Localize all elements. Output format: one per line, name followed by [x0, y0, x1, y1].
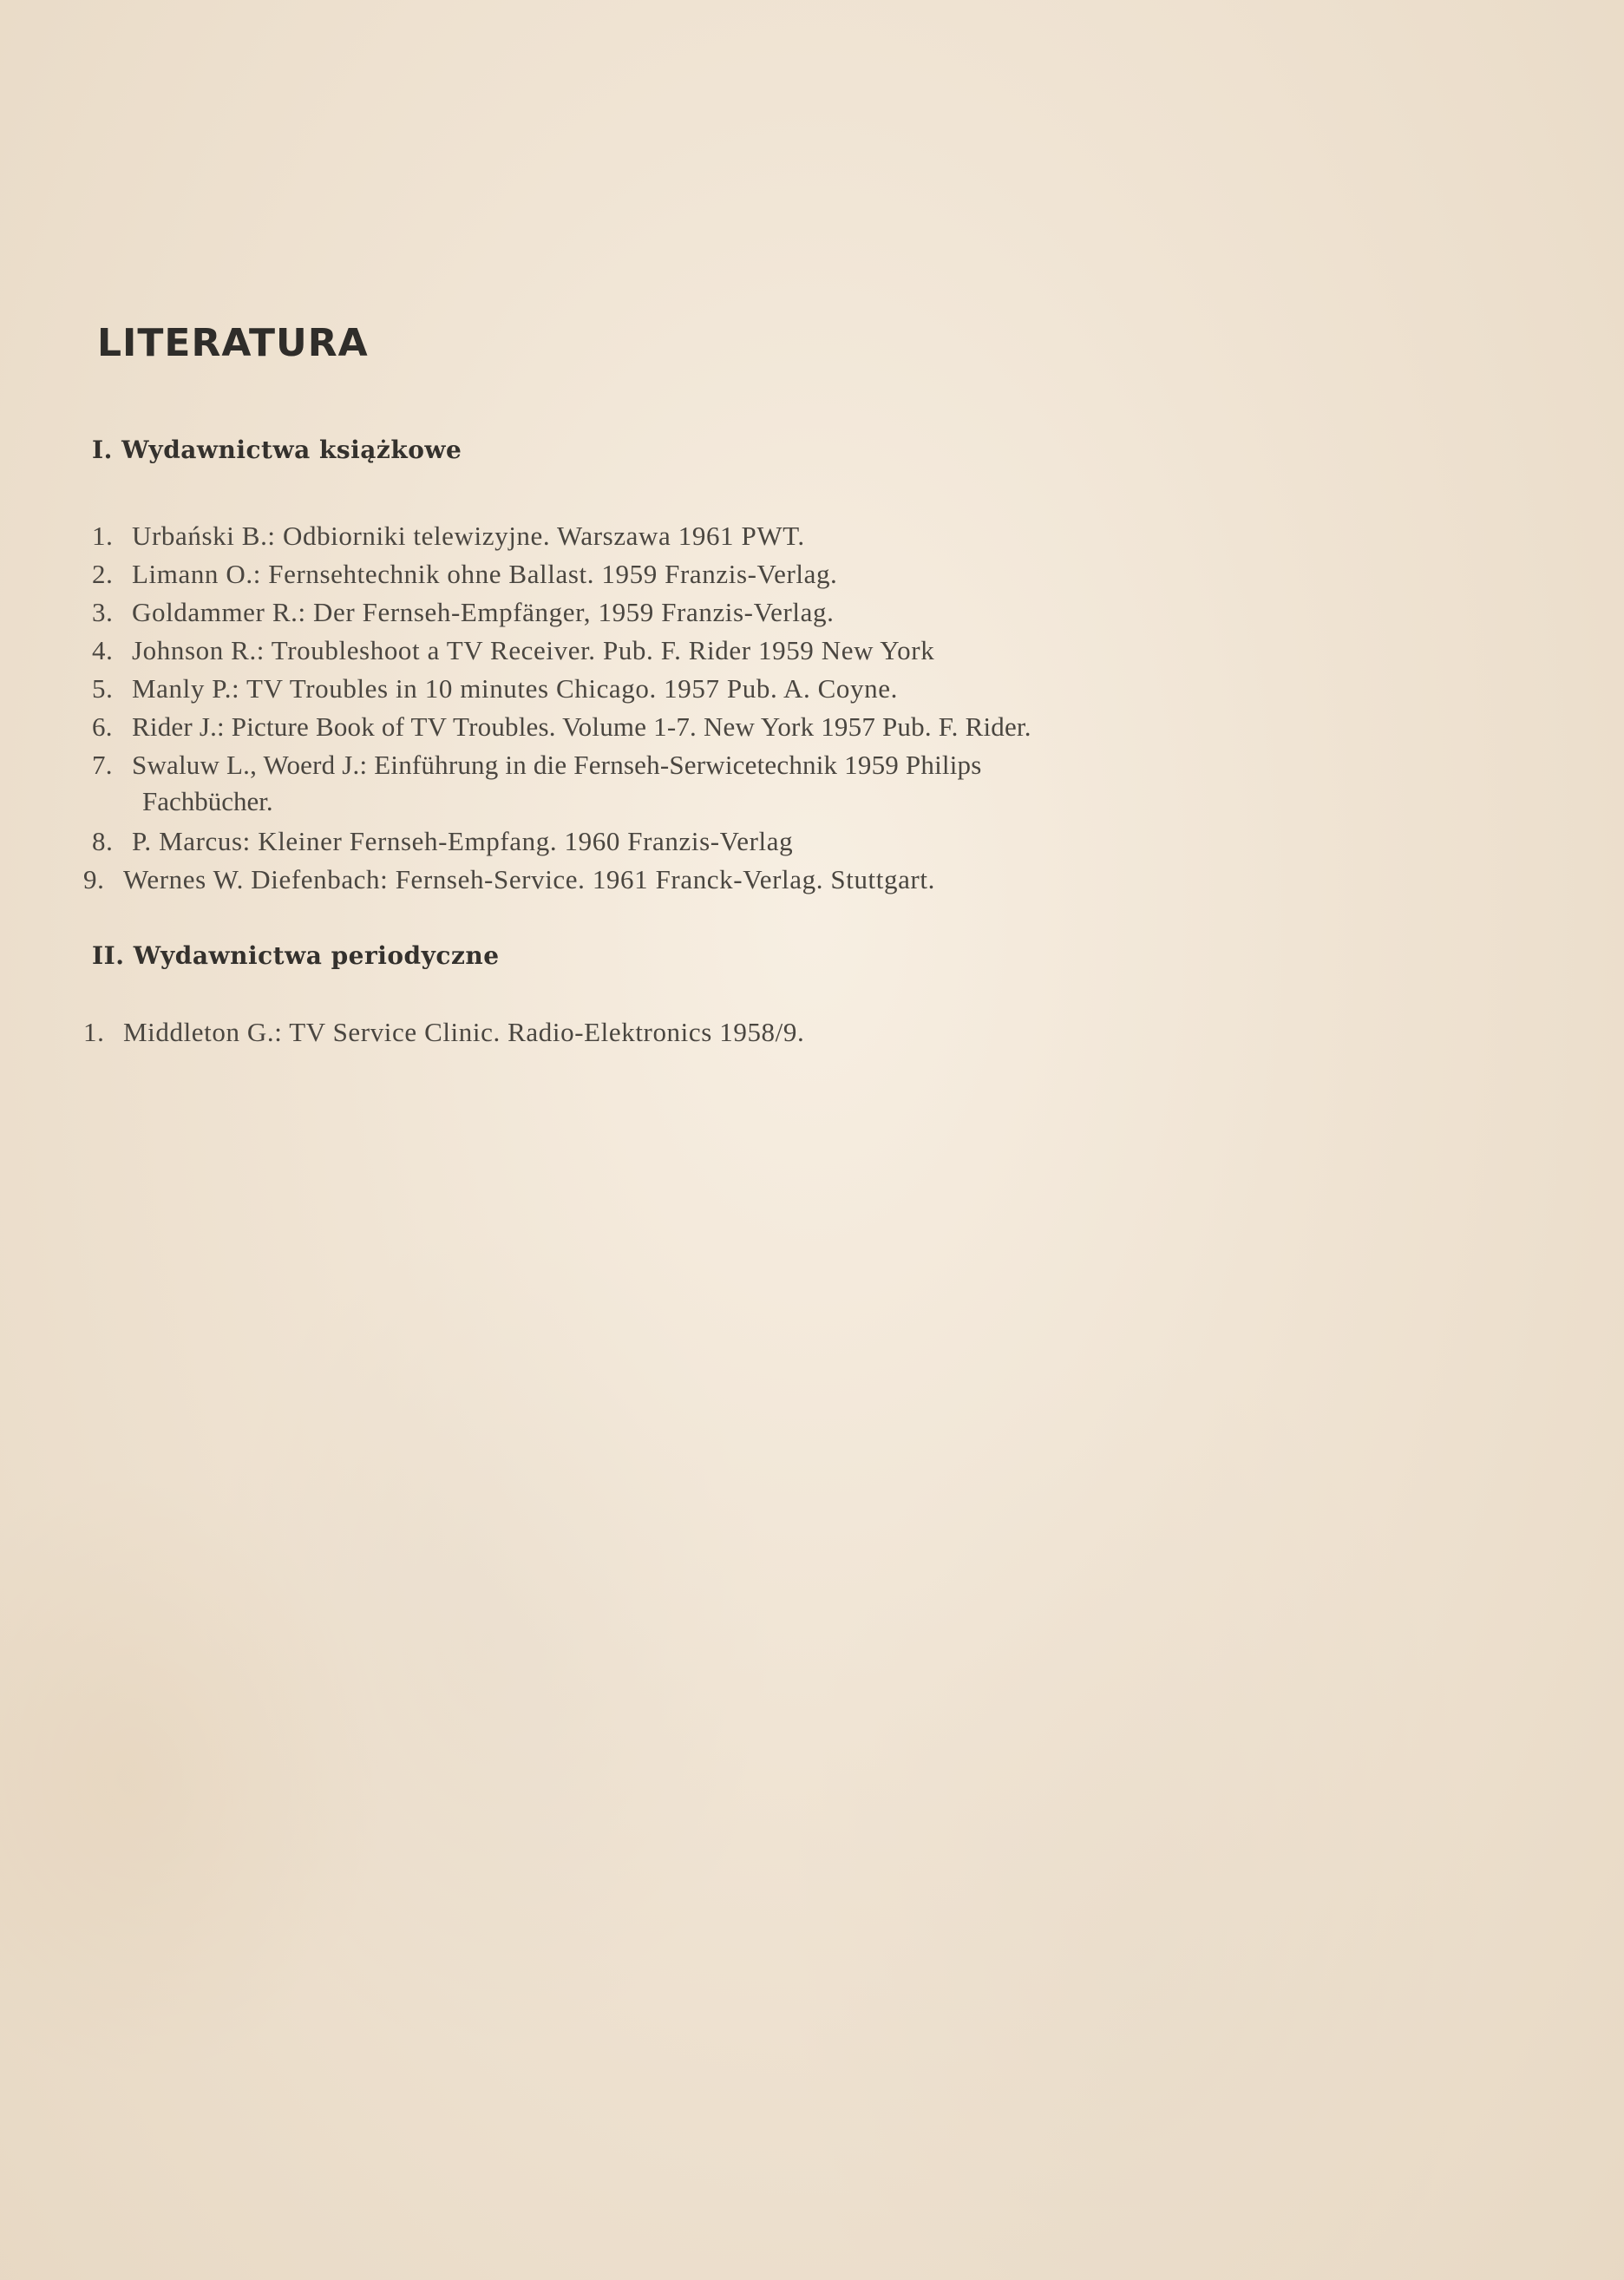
entry-number: 9.	[83, 864, 123, 895]
entry-text: Goldammer R.: Der Fernseh-Empfänger, 195…	[132, 597, 834, 627]
entry-text: Rider J.: Picture Book of TV Troubles. V…	[132, 711, 1031, 742]
section-heading-books: I. Wydawnictwa książkowe	[92, 436, 462, 464]
bibliography-entry: 6.Rider J.: Picture Book of TV Troubles.…	[92, 711, 1031, 743]
bibliography-entry: 4.Johnson R.: Troubleshoot a TV Receiver…	[92, 635, 934, 666]
bibliography-entry: 8.P. Marcus: Kleiner Fernseh-Empfang. 19…	[92, 826, 793, 857]
entry-number: 8.	[92, 826, 132, 857]
entry-number: 4.	[92, 635, 132, 666]
entry-number: 7.	[92, 750, 132, 781]
bibliography-entry: 1.Middleton G.: TV Service Clinic. Radio…	[83, 1017, 804, 1048]
entry-number: 6.	[92, 711, 132, 743]
entry-text: Urbański B.: Odbiorniki telewizyjne. War…	[132, 521, 805, 551]
entry-text: Limann O.: Fernsehtechnik ohne Ballast. …	[132, 559, 837, 589]
entry-text: Swaluw L., Woerd J.: Einführung in die F…	[132, 750, 981, 780]
entry-number: 3.	[92, 597, 132, 628]
entry-text: P. Marcus: Kleiner Fernseh-Empfang. 1960…	[132, 826, 793, 856]
entry-text: Manly P.: TV Troubles in 10 minutes Chic…	[132, 673, 898, 704]
bibliography-entry: 2.Limann O.: Fernsehtechnik ohne Ballast…	[92, 559, 837, 590]
entry-text: Johnson R.: Troubleshoot a TV Receiver. …	[132, 635, 934, 665]
bibliography-entry: 1.Urbański B.: Odbiorniki telewizyjne. W…	[92, 521, 805, 552]
section-heading-periodicals: II. Wydawnictwa periodyczne	[92, 941, 500, 970]
entry-continuation: Fachbücher.	[142, 786, 273, 817]
bibliography-entry: 9.Wernes W. Diefenbach: Fernseh-Service.…	[83, 864, 935, 895]
entry-number: 1.	[83, 1017, 123, 1048]
document-page: LITERATURA I. Wydawnictwa książkowe 1.Ur…	[0, 0, 1624, 2280]
entry-text: Middleton G.: TV Service Clinic. Radio-E…	[123, 1017, 804, 1047]
entry-text: Wernes W. Diefenbach: Fernseh-Service. 1…	[123, 864, 935, 894]
bibliography-entry: 5.Manly P.: TV Troubles in 10 minutes Ch…	[92, 673, 898, 704]
bibliography-entry: 3.Goldammer R.: Der Fernseh-Empfänger, 1…	[92, 597, 834, 628]
entry-number: 1.	[92, 521, 132, 552]
page-title: LITERATURA	[97, 321, 369, 365]
entry-number: 5.	[92, 673, 132, 704]
entry-number: 2.	[92, 559, 132, 590]
bibliography-entry: 7.Swaluw L., Woerd J.: Einführung in die…	[92, 750, 981, 781]
